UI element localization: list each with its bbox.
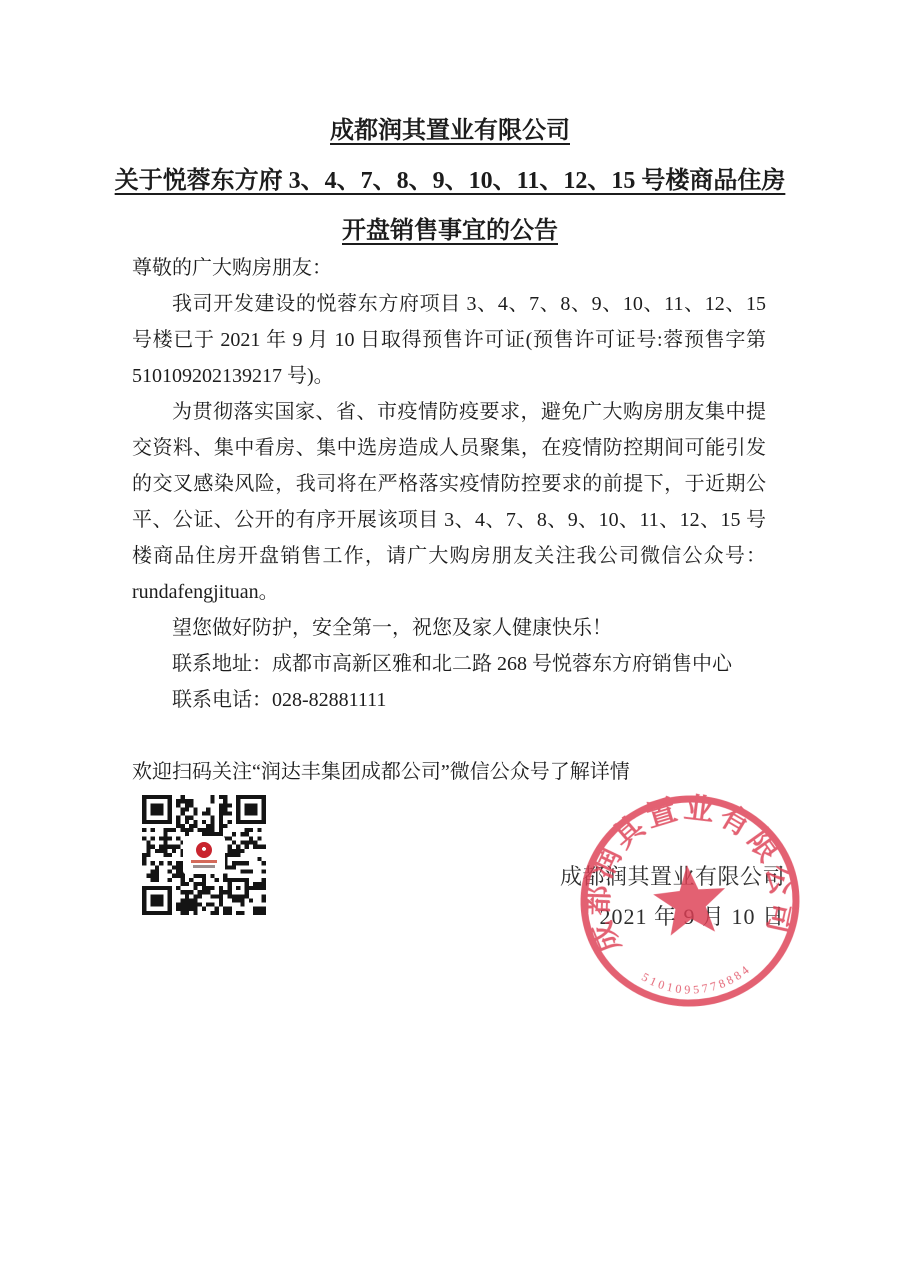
paragraph-epidemic-notice: 为贯彻落实国家、省、市疫情防疫要求，避免广大购房朋友集中提交资料、集中看房、集中… <box>132 394 766 610</box>
wechat-qr-code <box>142 795 266 915</box>
signature-company: 成都润其置业有限公司 <box>560 862 785 892</box>
contact-phone-line: 联系电话：028-82881111 <box>132 682 766 718</box>
seal-serial-number: 5101095778884 <box>638 960 755 1001</box>
salutation: 尊敬的广大购房朋友： <box>132 250 766 286</box>
closing-wish-line: 望您做好防护，安全第一，祝您及家人健康快乐！ <box>132 610 766 646</box>
signature-block: 成都润其置业有限公司 2021 年 9 月 10 日 <box>560 862 785 932</box>
document-title-company: 成都润其置业有限公司 <box>0 106 900 156</box>
qr-center-logo <box>183 836 225 874</box>
brand-logo-icon <box>196 842 212 858</box>
contact-address-line: 联系地址：成都市高新区雅和北二路 268 号悦蓉东方府销售中心 <box>132 646 766 682</box>
signature-date: 2021 年 9 月 10 日 <box>560 902 785 932</box>
document-page: 成都润其置业有限公司 关于悦蓉东方府 3、4、7、8、9、10、11、12、15… <box>0 0 900 1273</box>
document-title-subject: 关于悦蓉东方府 3、4、7、8、9、10、11、12、15 号楼商品住房 <box>0 156 900 206</box>
paragraph-presale-permit: 我司开发建设的悦蓉东方府项目 3、4、7、8、9、10、11、12、15 号楼已… <box>132 286 766 394</box>
qr-caption: 欢迎扫码关注“润达丰集团成都公司”微信公众号了解详情 <box>132 754 766 790</box>
document-header: 成都润其置业有限公司 关于悦蓉东方府 3、4、7、8、9、10、11、12、15… <box>0 106 900 256</box>
document-body: 尊敬的广大购房朋友： 我司开发建设的悦蓉东方府项目 3、4、7、8、9、10、1… <box>132 250 766 915</box>
document-title-announcement: 开盘销售事宜的公告 <box>0 206 900 256</box>
